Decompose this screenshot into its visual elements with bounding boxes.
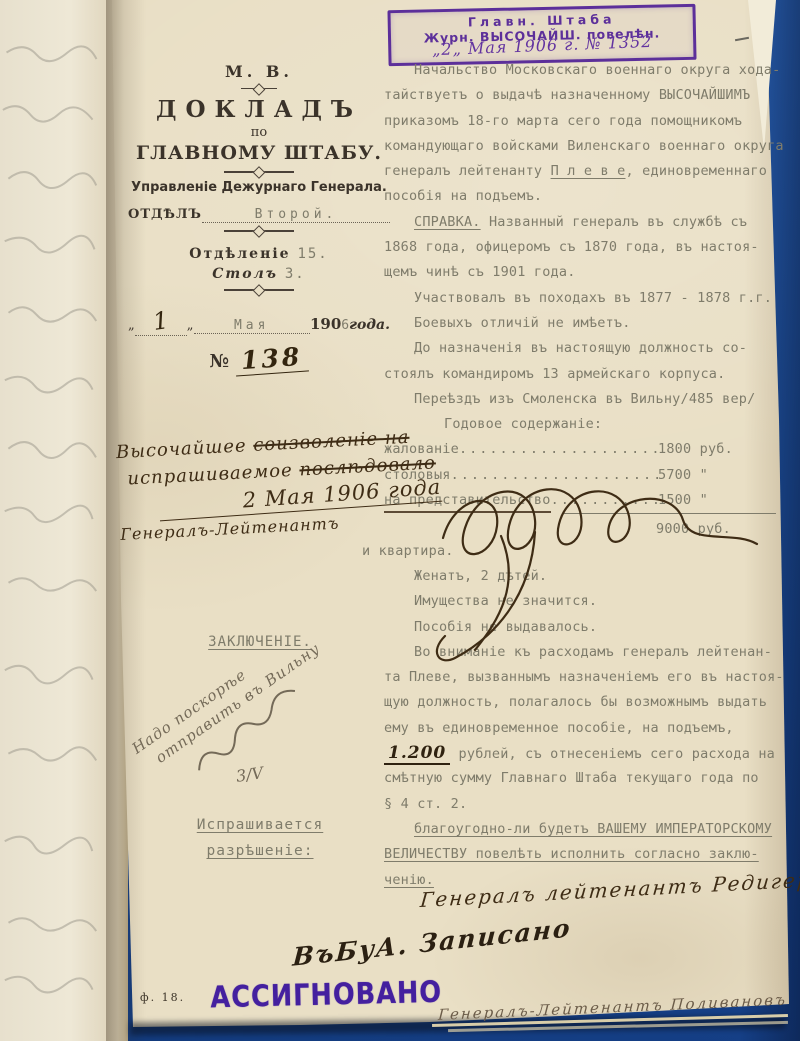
body-line: смѣтную сумму Главнаго Штаба текущаго го… <box>384 766 776 791</box>
typed-text: та Плеве, вызваннымъ назначеніемъ его въ… <box>384 669 784 685</box>
typed-text: До назначенія въ настоящую должность со- <box>414 340 747 356</box>
typed-text: благоугодно-ли будетъ ВАШЕМУ ИМПЕРАТОРСК… <box>414 821 772 837</box>
body-line: Во вниманіе къ расходамъ генералъ лейтен… <box>384 640 776 665</box>
handwritten-number: 138 <box>234 341 309 376</box>
body-line: командующаго войсками Виленскаго военнаг… <box>384 134 776 159</box>
close-quote: „ <box>187 318 194 333</box>
ornament-divider <box>241 88 277 89</box>
report-title-staff: ГЛАВНОМУ ШТАБУ. <box>128 142 390 164</box>
otdel-value: Второй. <box>255 207 338 222</box>
typed-text: Годовое содержаніе: <box>444 416 602 432</box>
body-line: та Плеве, вызваннымъ назначеніемъ его въ… <box>384 665 776 690</box>
typed-text: 1500 " <box>658 488 776 513</box>
body-line: Боевыхъ отличій не имѣетъ. <box>384 311 776 336</box>
typed-text: Пособія не выдавалось. <box>414 619 597 635</box>
body-line: Женатъ, 2 дѣтей. <box>384 564 776 589</box>
typed-text: ....................... <box>551 488 658 513</box>
typed-text: генералъ лейтенанту <box>384 163 551 179</box>
previous-page-edge <box>0 0 128 1041</box>
typed-text: ему въ единовременное пособіе, на подъем… <box>384 720 734 736</box>
bleedthrough-scribbles <box>0 0 128 1041</box>
request-line1: Испрашивается <box>130 812 390 838</box>
body-line: 1868 года, офицеромъ съ 1870 года, въ на… <box>384 235 776 260</box>
year-typed-digit: 6 <box>341 318 349 333</box>
typed-text: Во вниманіе къ расходамъ генералъ лейтен… <box>414 644 772 660</box>
typed-text: , единовременнаго <box>626 163 768 179</box>
number-sign: № <box>209 351 229 372</box>
ornament-divider <box>224 171 294 173</box>
body-line: благоугодно-ли будетъ ВАШЕМУ ИМПЕРАТОРСК… <box>384 817 776 842</box>
pen-dash-mark <box>735 37 749 41</box>
typed-text: 5700 " <box>658 463 776 488</box>
resolution-note: Высочайшее соизволеніе на испрашиваемое … <box>115 421 465 548</box>
typed-text: щую должность, полагалось бы возможнымъ … <box>384 694 767 710</box>
typed-text: ВЕЛИЧЕСТВУ повелѣть исполнить согласно з… <box>384 846 759 862</box>
journal-stamp: Главн. Штаба Журн. ВЫСОЧАЙШ. повелѣн. „2… <box>387 4 696 66</box>
typed-text: Переѣздъ изъ Смоленска въ Вильну/485 вер… <box>414 391 755 407</box>
body-line: приказомъ 18-го марта сего года помощник… <box>384 109 776 134</box>
report-title-po: по <box>128 125 390 140</box>
form-number: ф. 18. <box>140 991 185 1004</box>
typed-text: СПРАВКА. <box>414 214 481 230</box>
typed-month: Мая <box>234 318 269 333</box>
typed-text: тайствуетъ о выдачѣ назначенному ВЫСОЧАЙ… <box>384 87 750 103</box>
typed-text: Имущества не значится. <box>414 593 597 609</box>
body-line: Участвовалъ въ походахъ въ 1877 - 1878 г… <box>384 286 776 311</box>
body-line: щемъ чинѣ съ 1901 года. <box>384 260 776 285</box>
handwritten-day: 1 <box>151 306 170 336</box>
ornament-divider <box>224 230 294 232</box>
stol-label: Столъ <box>212 266 278 282</box>
ornament-divider <box>224 289 294 291</box>
typed-text: П л е в е <box>551 163 626 179</box>
typed-text: рублей, съ отнесеніемъ сего расхода на <box>450 746 775 762</box>
conclusion-heading: ЗАКЛЮЧЕНІЕ. <box>130 634 390 650</box>
request-line2: разрѣшеніе: <box>130 838 390 864</box>
otdelenie-label: Отдѣленіе <box>189 246 290 262</box>
year-printed: 190 <box>310 315 341 333</box>
body-line: стоялъ командиромъ 13 армейскаго корпуса… <box>384 362 776 387</box>
request-heading: Испрашивается разрѣшеніе: <box>130 812 390 864</box>
date-row: „ 1 „ Мая 190 6 года. <box>128 307 390 336</box>
typed-text: ченію. <box>384 872 434 888</box>
typed-text: Боевыхъ отличій не имѣетъ. <box>414 315 631 331</box>
body-line: ВЕЛИЧЕСТВУ повелѣть исполнить согласно з… <box>384 842 776 867</box>
stol-value: 3. <box>285 266 306 282</box>
otdelenie-value: 15. <box>297 246 328 262</box>
body-line: пособія на подъемъ. <box>384 184 776 209</box>
body-line: Начальство Московскаго военнаго округа х… <box>384 58 776 83</box>
typed-text: Участвовалъ въ походахъ въ 1877 - 1878 г… <box>414 290 772 306</box>
body-line: Имущества не значится. <box>384 589 776 614</box>
typed-text: Названный генералъ въ службѣ съ <box>481 214 748 230</box>
stol-row: Столъ 3. <box>128 266 390 282</box>
typed-text: Начальство Московскаго военнаго округа х… <box>414 62 780 78</box>
body-line: Пособія не выдавалось. <box>384 615 776 640</box>
assignovano-stamp: АССИГНОВАНО <box>210 975 442 1015</box>
typed-text: стоялъ командиромъ 13 армейскаго корпуса… <box>384 366 725 382</box>
typed-text: щемъ чинѣ съ 1901 года. <box>384 264 576 280</box>
otdel-label: ОТДѢЛЪ <box>128 207 202 222</box>
typed-text: ....................................... <box>459 437 658 462</box>
body-line: СПРАВКА. Названный генералъ въ службѣ съ <box>384 210 776 235</box>
typed-text: командующаго войсками Виленскаго военнаг… <box>384 138 784 154</box>
typed-text: 1800 руб. <box>658 437 776 462</box>
number-row: № 138 <box>128 344 390 374</box>
typed-text: ....................................... <box>451 463 658 488</box>
registration-note: ВъБуА. Записано <box>292 913 573 972</box>
typed-text: пособія на подъемъ. <box>384 188 542 204</box>
typed-text: Женатъ, 2 дѣтей. <box>414 568 547 584</box>
report-title: ДОКЛАДЪ <box>128 96 390 123</box>
body-line: Переѣздъ изъ Смоленска въ Вильну/485 вер… <box>384 387 776 412</box>
typed-text: смѣтную сумму Главнаго Штаба текущаго го… <box>384 770 759 786</box>
body-line: тайствуетъ о выдачѣ назначенному ВЫСОЧАЙ… <box>384 83 776 108</box>
office-name: Управленіе Дежурнаго Генерала. <box>128 180 390 196</box>
typed-text: приказомъ 18-го марта сего года помощник… <box>384 113 742 129</box>
body-line: 1.200 рублей, съ отнесеніемъ сего расход… <box>384 741 776 766</box>
body-line: ему въ единовременное пособіе, на подъем… <box>384 716 776 741</box>
typed-text: 9000 руб. <box>562 513 776 538</box>
body-line: генералъ лейтенанту П л е в е, единоврем… <box>384 159 776 184</box>
polivanov-signature: Генералъ-Лейтенантъ Поливановъ <box>438 990 799 1024</box>
body-line: До назначенія въ настоящую должность со- <box>384 336 776 361</box>
ministry-abbrev: М. В. <box>128 62 390 81</box>
handwritten-amount: 1.200 <box>384 743 450 765</box>
otdel-row: ОТДѢЛЪ Второй. <box>128 207 390 223</box>
page-stack-edge <box>448 1021 788 1032</box>
archival-document-photo: Главн. Штаба Журн. ВЫСОЧАЙШ. повелѣн. „2… <box>0 0 800 1041</box>
body-line: § 4 ст. 2. <box>384 792 776 817</box>
letterhead: М. В. ДОКЛАДЪ по ГЛАВНОМУ ШТАБУ. Управле… <box>128 62 390 374</box>
typed-text: § 4 ст. 2. <box>384 796 467 812</box>
otdelenie-row: Отдѣленіе 15. <box>128 246 390 262</box>
typed-text: 1868 года, офицеромъ съ 1870 года, въ на… <box>384 239 759 255</box>
body-line: щую должность, полагалось бы возможнымъ … <box>384 690 776 715</box>
typed-text: и квартира. <box>362 543 454 559</box>
open-quote: „ <box>128 318 135 333</box>
pencil-date: 3/V <box>235 763 265 786</box>
